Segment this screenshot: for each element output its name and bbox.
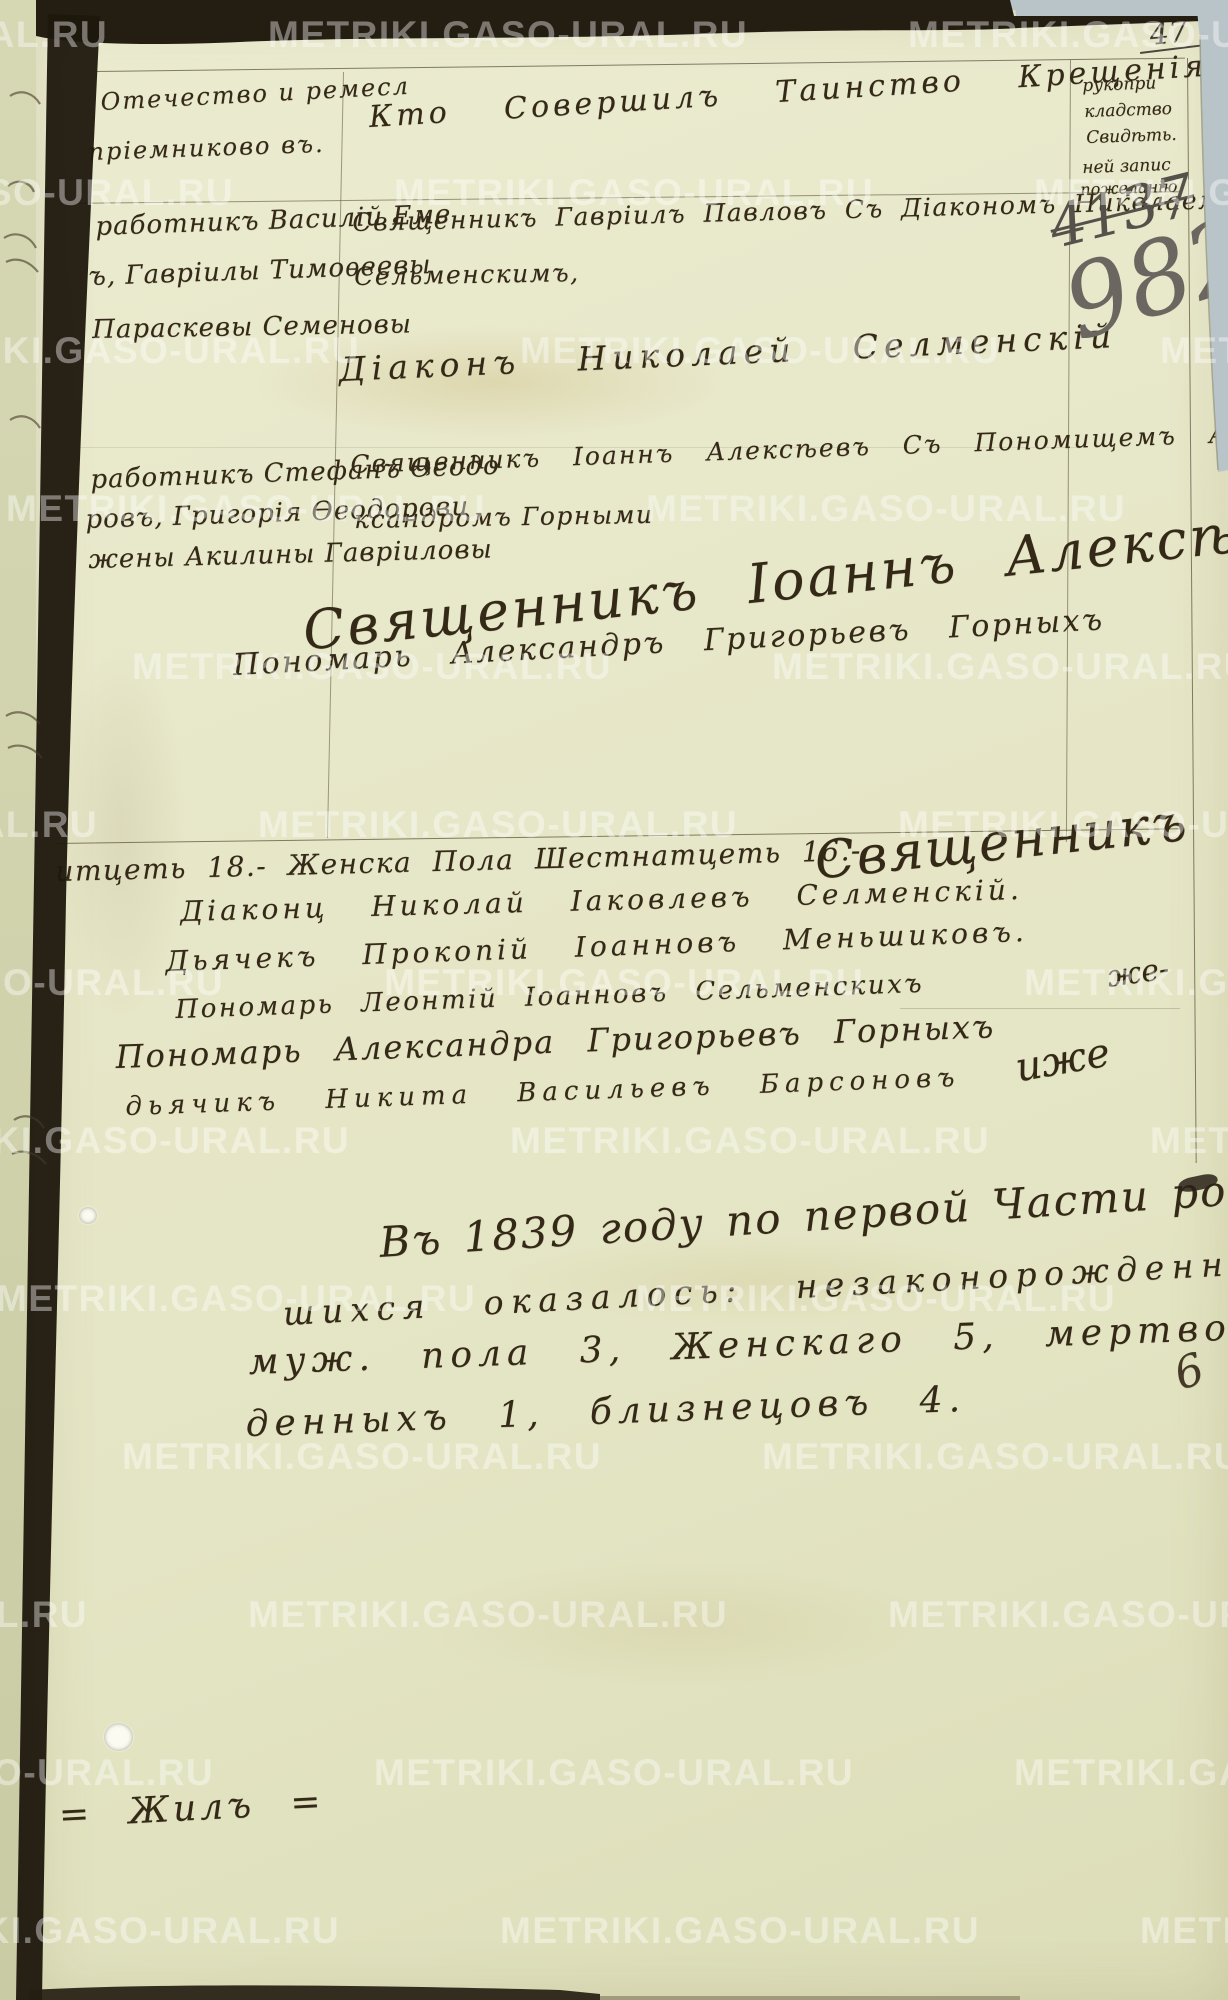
- column-header-witness-line-3: Свидѣть.: [1086, 125, 1177, 148]
- entry1-godparents-line-3: Параскевы Семеновы: [92, 309, 412, 345]
- punch-hole: [104, 1723, 133, 1751]
- punch-hole: [79, 1207, 97, 1224]
- entry1-performed-line-2: Сельменскимъ,: [354, 258, 580, 291]
- document-scan: 47 Отечество и ремесл пріемниково въ. Кт…: [0, 0, 1228, 2000]
- column-header-witness-line-1: рукопри: [1082, 73, 1157, 96]
- entry2-performed-line-2: ксандромъ Горными: [354, 500, 654, 534]
- column-header-witness-line-2: кладство: [1084, 99, 1172, 122]
